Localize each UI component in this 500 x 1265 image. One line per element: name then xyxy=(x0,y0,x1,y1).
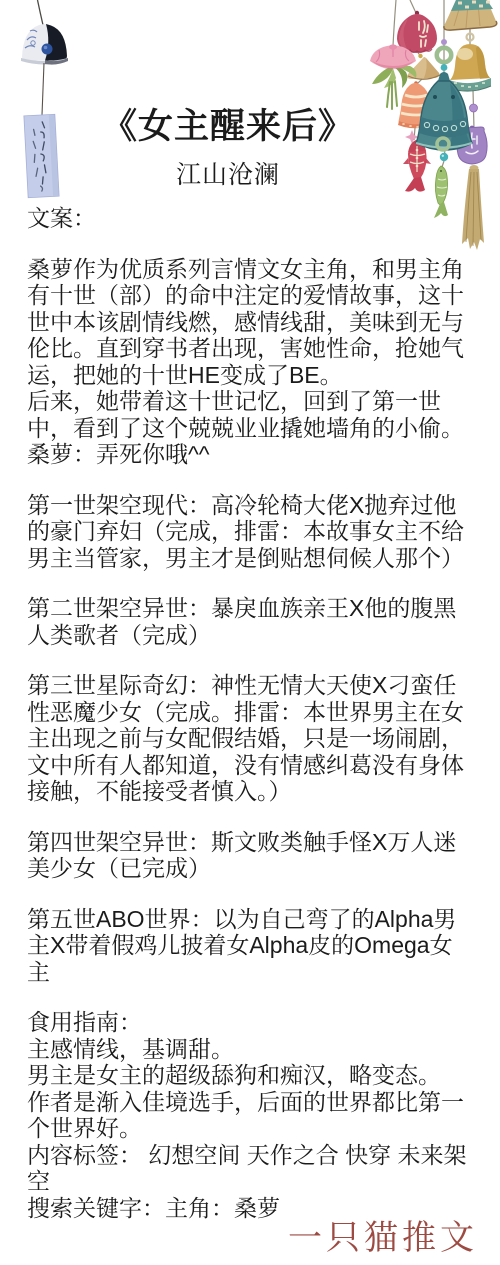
synopsis-paragraph: 桑萝作为优质系列言情文女主角，和男主角有十世（部）的命中注定的爱情故事，这十世中… xyxy=(27,256,467,468)
world-5-paragraph: 第五世ABO世界：以为自己弯了的Alpha男主X带着假鸡儿披着女Alpha皮的O… xyxy=(27,906,467,986)
book-author: 江山沧澜 xyxy=(0,155,456,191)
synopsis-text: 文案： 桑萝作为优质系列言情文女主角，和男主角有十世（部）的命中注定的爱情故事，… xyxy=(27,205,467,1221)
world-4-paragraph: 第四世架空异世：斯文败类触手怪X万人迷美少女（已完成） xyxy=(27,829,467,882)
title-block: 《女主醒来后》 江山沧澜 xyxy=(0,107,456,191)
wind-chime-bell xyxy=(21,24,68,65)
wind-chime-string xyxy=(38,0,44,25)
reading-guide-paragraph: 食用指南： 主感情线，基调甜。 男主是女主的超级舔狗和痴汉，略变态。 作者是渐入… xyxy=(27,1009,467,1221)
watermark: 一只猫推文 xyxy=(288,1210,478,1259)
world-2-paragraph: 第二世架空异世：暴戾血族亲王X他的腹黑人类歌者（完成） xyxy=(27,595,467,648)
straw-hat-charm xyxy=(444,0,497,30)
synopsis-label: 文案： xyxy=(27,205,467,232)
world-3-paragraph: 第三世星际奇幻：神性无情大天使X刁蛮任性恶魔少女（完成。排雷：本世界男主在女主出… xyxy=(27,672,467,805)
world-1-paragraph: 第一世架空现代：高冷轮椅大佬X抛弃过他的豪门弃妇（完成，排雷：本故事女主不给男主… xyxy=(27,492,467,572)
book-title: 《女主醒来后》 xyxy=(0,107,456,147)
crimson-pouch-charm xyxy=(397,11,437,53)
recommendation-card: 《女主醒来后》 江山沧澜 文案： 桑萝作为优质系列言情文女主角，和男主角有十世（… xyxy=(0,0,500,1265)
